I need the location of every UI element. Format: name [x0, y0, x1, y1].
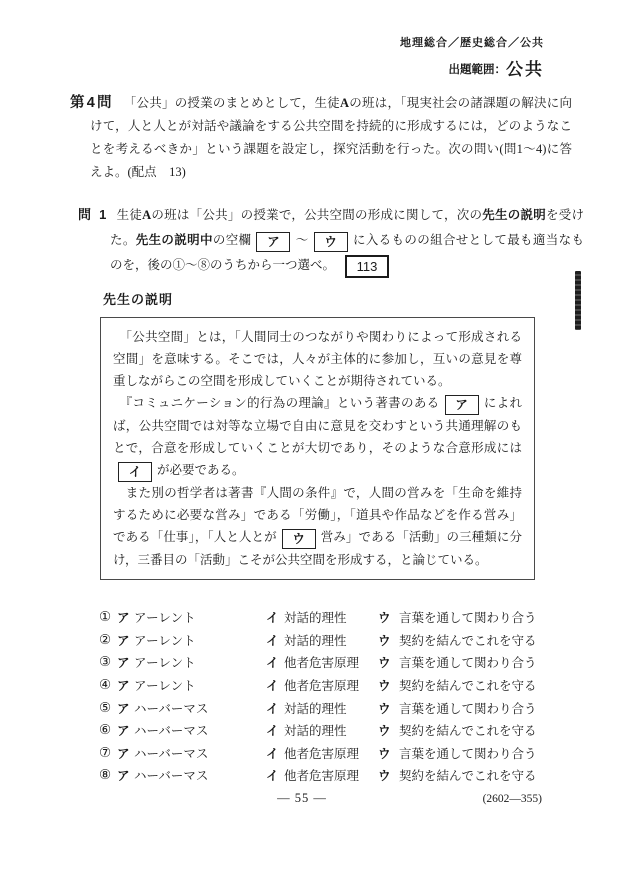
kana-i-label: イ	[266, 653, 284, 671]
question1: 問 1生徒Aの班は「公共」の授業で，公共空間の形成に関して，次の先生の説明を受け…	[78, 202, 584, 278]
kana-u-label: ウ	[378, 653, 399, 671]
teacher-explanation-ref: 先生の説明	[482, 208, 546, 222]
kana-a-label: ア	[117, 766, 134, 784]
blank-box-i: イ	[118, 462, 152, 482]
exam-range-label: 出題範囲：	[449, 64, 507, 76]
question4-text-1: 「公共」の授業のまとめとして，生徒	[124, 96, 340, 110]
option-u-value: 契約を結んでこれを守る	[399, 676, 555, 694]
answer-options: ① ア アーレント イ 対話的理性 ウ 言葉を通して関わり合う ② ア アーレン…	[99, 606, 555, 787]
kana-u-label: ウ	[378, 608, 399, 626]
kana-i-label: イ	[266, 699, 284, 717]
explanation-paragraph-3: また別の哲学者は著書『人間の条件』で，人間の営みを「生命を維持するために必要な営…	[113, 482, 522, 571]
kana-u-label: ウ	[378, 631, 399, 649]
explanation-p2-text-3: が必要である。	[157, 463, 245, 477]
student-a-label: A	[142, 208, 151, 222]
kana-u-label: ウ	[378, 676, 399, 694]
kana-i-label: イ	[266, 766, 284, 784]
kana-a-label: ア	[117, 608, 134, 626]
explanation-paragraph-1: 「公共空間」とは，「人間同士のつながりや関わりによって形成される空間」を意味する…	[113, 326, 522, 392]
option-a-value: アーレント	[134, 631, 266, 649]
option-i-value: 対話的理性	[284, 608, 378, 626]
kana-a-label: ア	[117, 699, 134, 717]
question1-text-4: の空欄	[213, 233, 252, 247]
kana-a-label: ア	[117, 676, 134, 694]
explanation-title: 先生の説明	[103, 289, 173, 308]
option-number: ③	[99, 654, 117, 670]
question4-lead: 第4問「公共」の授業のまとめとして，生徒Aの班は，「現実社会の諸課題の解決に向け…	[70, 92, 572, 184]
blank-box-a: ア	[256, 232, 290, 252]
exam-range-value: 公共	[506, 60, 544, 79]
tilde-separator: ～	[295, 233, 308, 247]
option-number: ②	[99, 632, 117, 648]
kana-a-label: ア	[117, 721, 134, 739]
question1-number: 問 1	[78, 207, 108, 222]
option-i-value: 他者危害原理	[284, 744, 378, 762]
option-row-3: ③ ア アーレント イ 他者危害原理 ウ 言葉を通して関わり合う	[99, 651, 555, 674]
exam-range: 出題範囲：公共	[400, 55, 544, 80]
option-i-value: 対話的理性	[284, 699, 378, 717]
student-a-label: A	[340, 96, 349, 110]
kana-u-label: ウ	[378, 766, 399, 784]
option-i-value: 対話的理性	[284, 721, 378, 739]
question1-text-2: の班は「公共」の授業で，公共空間の形成に関して，次の	[151, 208, 482, 222]
blank-box-a: ア	[445, 395, 479, 415]
answer-number-box: 113	[345, 255, 389, 278]
option-u-value: 言葉を通して関わり合う	[399, 653, 555, 671]
kana-u-label: ウ	[378, 744, 399, 762]
option-a-value: ハーバーマス	[134, 699, 266, 717]
option-u-value: 言葉を通して関わり合う	[399, 744, 555, 762]
kana-u-label: ウ	[378, 721, 399, 739]
kana-u-label: ウ	[378, 699, 399, 717]
option-a-value: アーレント	[134, 676, 266, 694]
option-number: ⑧	[99, 767, 117, 783]
explanation-p2-text-1: 『コミュニケーション的行為の理論』という著書のある	[113, 396, 440, 410]
kana-i-label: イ	[266, 721, 284, 739]
option-u-value: 契約を結んでこれを守る	[399, 766, 555, 784]
question4-number: 第4問	[70, 95, 114, 111]
option-number: ④	[99, 677, 117, 693]
explanation-box: 「公共空間」とは，「人間同士のつながりや関わりによって形成される空間」を意味する…	[100, 317, 535, 580]
kana-a-label: ア	[117, 744, 134, 762]
kana-a-label: ア	[117, 653, 134, 671]
option-a-value: アーレント	[134, 608, 266, 626]
kana-i-label: イ	[266, 608, 284, 626]
binding-edge-mark	[575, 271, 581, 330]
subject-list: 地理総合／歴史総合／公共	[400, 34, 544, 50]
option-u-value: 契約を結んでこれを守る	[399, 721, 555, 739]
explanation-paragraph-2: 『コミュニケーション的行為の理論』という著書のあるアによれば，公共空間では対等な…	[113, 392, 522, 482]
option-number: ①	[99, 609, 117, 625]
option-row-7: ⑦ ア ハーバーマス イ 他者危害原理 ウ 言葉を通して関わり合う	[99, 742, 555, 765]
kana-i-label: イ	[266, 631, 284, 649]
option-i-value: 対話的理性	[284, 631, 378, 649]
option-a-value: ハーバーマス	[134, 744, 266, 762]
page-header: 地理総合／歴史総合／公共 出題範囲：公共	[400, 34, 544, 80]
kana-a-label: ア	[117, 631, 134, 649]
option-u-value: 言葉を通して関わり合う	[399, 699, 555, 717]
kana-i-label: イ	[266, 744, 284, 762]
option-row-5: ⑤ ア ハーバーマス イ 対話的理性 ウ 言葉を通して関わり合う	[99, 696, 555, 719]
blank-box-u: ウ	[282, 529, 316, 549]
option-i-value: 他者危害原理	[284, 653, 378, 671]
option-row-2: ② ア アーレント イ 対話的理性 ウ 契約を結んでこれを守る	[99, 629, 555, 652]
option-a-value: アーレント	[134, 653, 266, 671]
blank-box-u: ウ	[314, 232, 348, 252]
option-number: ⑦	[99, 745, 117, 761]
kana-i-label: イ	[266, 676, 284, 694]
option-row-1: ① ア アーレント イ 対話的理性 ウ 言葉を通して関わり合う	[99, 606, 555, 629]
option-number: ⑤	[99, 700, 117, 716]
option-a-value: ハーバーマス	[134, 766, 266, 784]
option-number: ⑥	[99, 722, 117, 738]
print-code: (2602—355)	[483, 793, 542, 805]
question1-text-1: 生徒	[116, 208, 142, 222]
option-row-4: ④ ア アーレント イ 他者危害原理 ウ 契約を結んでこれを守る	[99, 674, 555, 697]
option-a-value: ハーバーマス	[134, 721, 266, 739]
option-u-value: 契約を結んでこれを守る	[399, 631, 555, 649]
option-u-value: 言葉を通して関わり合う	[399, 608, 555, 626]
option-row-8: ⑧ ア ハーバーマス イ 他者危害原理 ウ 契約を結んでこれを守る	[99, 764, 555, 787]
option-row-6: ⑥ ア ハーバーマス イ 対話的理性 ウ 契約を結んでこれを守る	[99, 719, 555, 742]
teacher-explanation-ref-2: 先生の説明中	[136, 233, 213, 247]
option-i-value: 他者危害原理	[284, 766, 378, 784]
option-i-value: 他者危害原理	[284, 676, 378, 694]
